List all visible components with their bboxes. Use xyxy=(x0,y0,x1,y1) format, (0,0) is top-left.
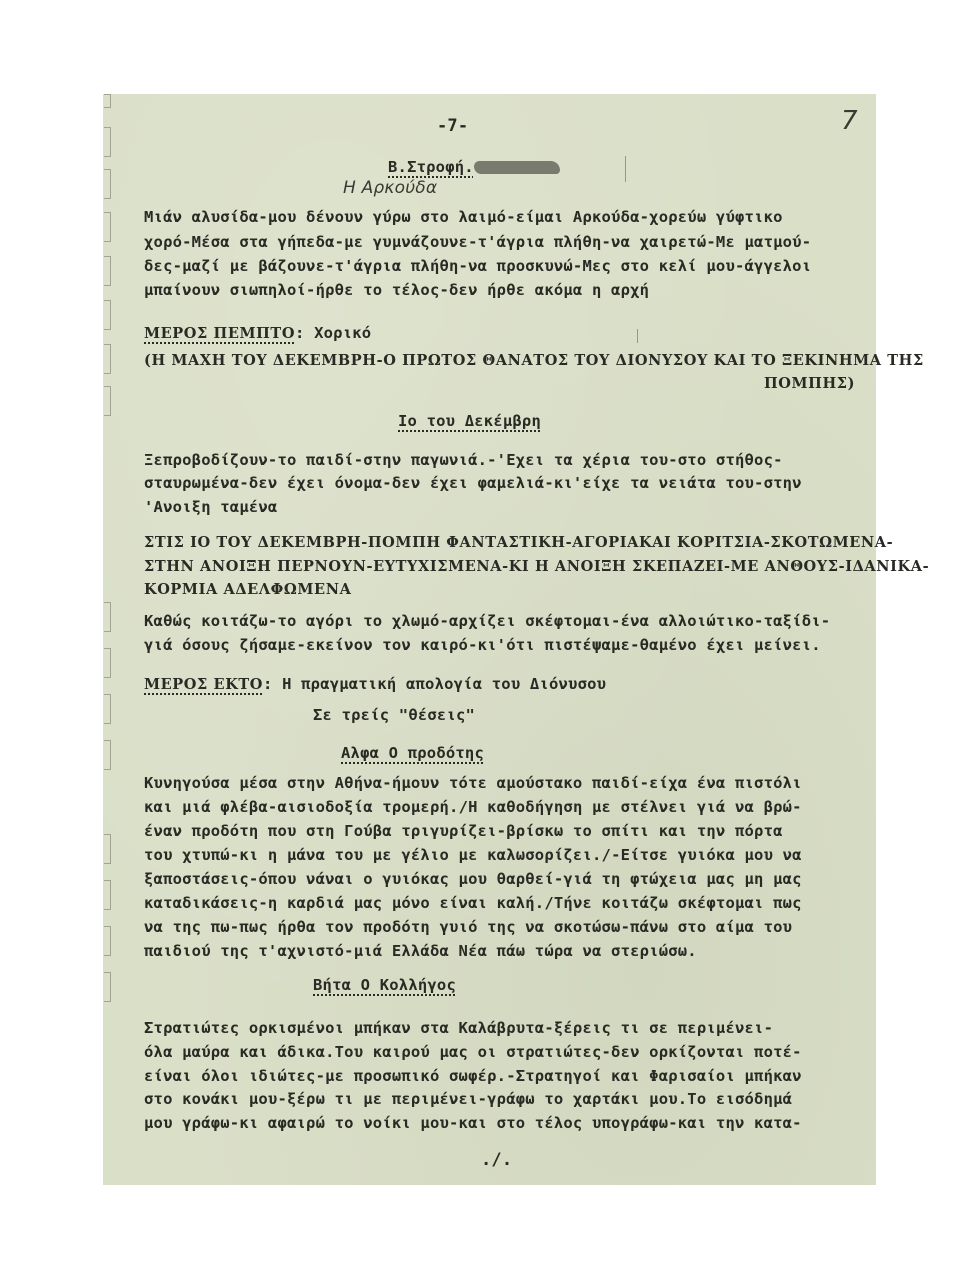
part-six-heading: ΜΕΡΟΣ ΕΚΤΟ: Η πραγματική απολογία του Δι… xyxy=(144,677,606,693)
text-line: του χτυπώ-κι η μάνα του με γέλιο με καλω… xyxy=(144,848,802,864)
text-segment: /Η καθοδήγηση με στέλνει γιά να βρώ- xyxy=(459,798,802,816)
text-line: Κυνηγούσα μέσα στην Αθήνα-ήμουν τότε αμο… xyxy=(144,776,802,792)
text-line: να της πω-πως ήρθα τον προδότη γυιό της … xyxy=(144,920,792,936)
text-line: καταδικάσεις-η καρδιά μας μόνο είναι καλ… xyxy=(144,896,802,912)
text-segment: του χτυπώ-κι η μάνα του με γέλιο με καλω… xyxy=(144,846,602,864)
typed-page-number: -7- xyxy=(437,118,468,135)
alpha-title: Αλφα Ο προδότης xyxy=(341,746,484,762)
text-line: όλα μαύρα και άδικα.Του καιρού μας οι στ… xyxy=(144,1045,802,1061)
document-page: -7- 7 Β.Στροφή.Αρκούδα Η Αρκούδα Μιάν αλ… xyxy=(103,94,876,1185)
continuation-mark: ./. xyxy=(481,1152,512,1169)
pencil-mark xyxy=(637,329,638,343)
part-five-subtitle: (Η ΜΑΧΗ ΤΟΥ ΔΕΚΕΜΒΡΗ-Ο ΠΡΩΤΟΣ ΘΑΝΑΤΟΣ ΤΟ… xyxy=(144,354,924,369)
part-five-heading-rest: : Χορικό xyxy=(295,324,371,342)
part-five-label: ΜΕΡΟΣ ΠΕΜΠΤΟ xyxy=(144,325,295,342)
pencil-mark xyxy=(625,156,626,182)
section-title: Ιο του Δεκέμβρη xyxy=(398,414,541,430)
text-line: ξαποστάσεις-όπου νάναι ο γυιόκας μου θαρ… xyxy=(144,872,802,888)
text-line: ΚΟΡΜΙΑ ΑΔΕΛΦΩΜΕΝΑ xyxy=(144,583,351,598)
text-line: ΣΤΗΝ ΑΝΟΙΞΗ ΠΕΡΝΟΥΝ-ΕΥΤΥΧΙΣΜΕΝΑ-ΚΙ Η ΑΝΟ… xyxy=(144,560,929,575)
stanza-title-typed: Β.Στροφή. xyxy=(388,158,474,176)
text-segment: /Τήνε κοιτάζω σκέφτομαι πως xyxy=(544,894,801,912)
part-six-heading-rest: : Η πραγματική απολογία του Διόνυσου xyxy=(263,675,606,693)
part-five-heading: ΜΕΡΟΣ ΠΕΜΠΤΟ: Χορικό xyxy=(144,326,371,342)
text-line: σταυρωμένα-δεν έχει όνομα-δεν έχει φαμελ… xyxy=(144,476,802,492)
text-segment: καταδικάσεις-η καρδιά μας μόνο είναι καλ… xyxy=(144,894,544,912)
text-line: και μιά φλέβα-αισιοδοξία τρομερή./Η καθο… xyxy=(144,800,802,816)
text-line: δες-μαζί με βάζουνε-τ'άγρια πλήθη-να προ… xyxy=(144,259,811,275)
binder-hole-marks xyxy=(103,94,113,1185)
text-line: Στρατιώτες ορκισμένοι μπήκαν στα Καλάβρυ… xyxy=(144,1021,773,1037)
beta-title: Βήτα Ο Κολλήγος xyxy=(313,978,456,994)
text-line: στο κονάκι μου-ξέρω τι με περιμένει-γράφ… xyxy=(144,1092,792,1108)
handwritten-title-correction: Η Αρκούδα xyxy=(343,180,437,197)
text-line: μου γράφω-κι αφαιρώ το νοίκι μου-και στο… xyxy=(144,1116,802,1132)
text-line: έναν προδότη που στη Γούβα τριγυρίζει-βρ… xyxy=(144,824,783,840)
struck-out-word: Αρκούδα xyxy=(474,161,560,174)
part-five-subtitle-cont: ΠΟΜΠΗΣ) xyxy=(764,377,855,392)
stanza-title: Β.Στροφή.Αρκούδα xyxy=(388,160,560,176)
text-line: 'Ανοιξη ταμένα xyxy=(144,500,277,516)
text-line: Ξεπροβοδίζουν-το παιδί-στην παγωνιά.-'Εχ… xyxy=(144,453,783,469)
text-line: είναι όλοι ιδιώτες-με προσωπικό σωφέρ.-Σ… xyxy=(144,1069,802,1085)
text-line: χορό-Μέσα στα γήπεδα-με γυμνάζουνε-τ'άγρ… xyxy=(144,235,811,251)
text-line: γιά όσους ζήσαμε-εκείνον τον καιρό-κι'ότ… xyxy=(144,638,821,654)
text-line: ΣΤΙΣ ΙΟ ΤΟΥ ΔΕΚΕΜΒΡΗ-ΠΟΜΠΗ ΦΑΝΤΑΣΤΙΚΗ-ΑΓ… xyxy=(144,536,893,551)
text-line: Καθώς κοιτάζω-το αγόρι το χλωμό-αρχίζει … xyxy=(144,614,830,630)
text-segment: /-Είτσε γυιόκα μου να xyxy=(602,846,802,864)
handwritten-page-number: 7 xyxy=(841,108,858,134)
text-line: μπαίνουν σιωπηλοί-ήρθε το τέλος-δεν ήρθε… xyxy=(144,283,649,299)
part-six-label: ΜΕΡΟΣ ΕΚΤΟ xyxy=(144,676,263,693)
text-segment: και μιά φλέβα-αισιοδοξία τρομερή. xyxy=(144,798,459,816)
text-line: παιδιού της τ'αχνιστό-μιά Ελλάδα Νέα πάω… xyxy=(144,944,697,960)
text-line: Μιάν αλυσίδα-μου δένουν γύρω στο λαιμό-ε… xyxy=(144,210,783,226)
part-six-subtitle: Σε τρείς "θέσεις" xyxy=(313,708,475,724)
